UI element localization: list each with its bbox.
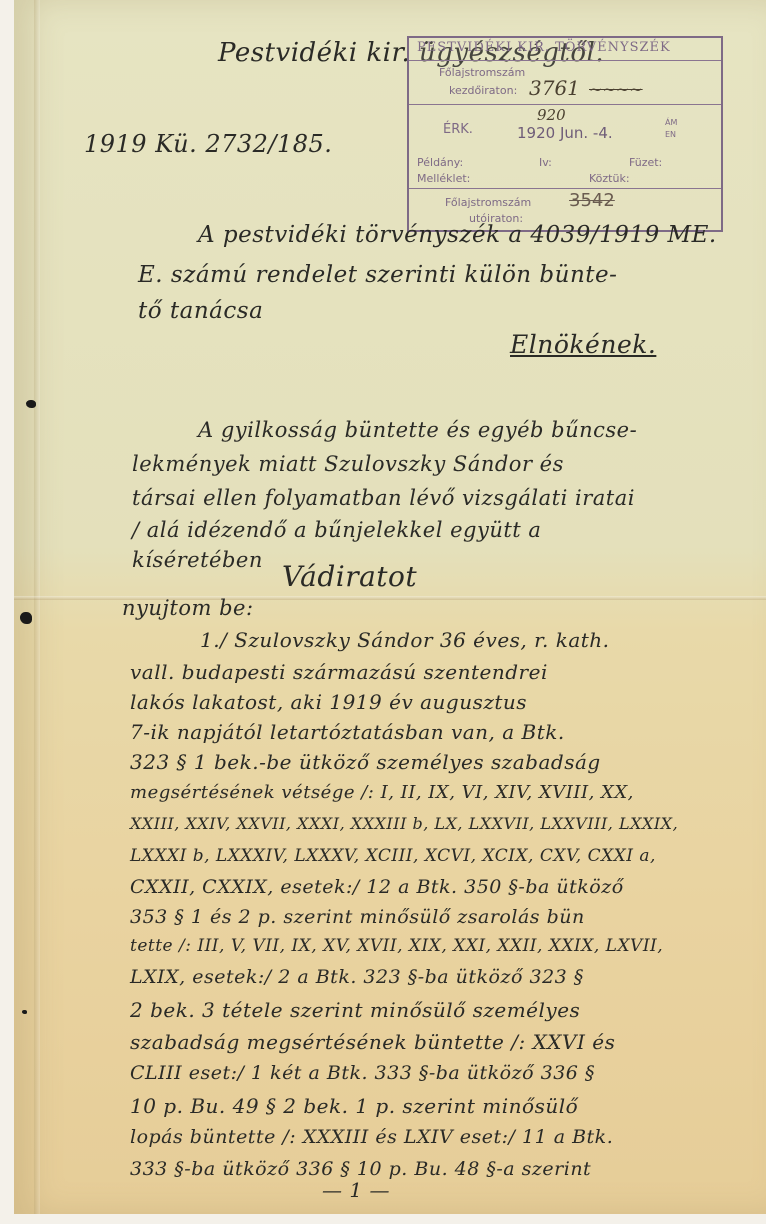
- stamp-row1-struck: ~~~~: [589, 80, 643, 99]
- stamp-sheet-label: Iv:: [539, 156, 552, 169]
- charges-line: 333 §-ba ütköző 336 § 10 p. Bu. 48 §-a s…: [130, 1158, 591, 1180]
- salutation: Elnökének.: [510, 330, 656, 359]
- charges-line: CLIII eset:/ 1 két a Btk. 333 §-ba ütköz…: [130, 1062, 595, 1084]
- stamp-court-name: PESTVIDÉKI KIR. TÖRVÉNYSZÉK: [417, 40, 671, 55]
- stamp-side-a: ÁM: [665, 118, 677, 127]
- stamp-row3-struck: 3542: [569, 190, 615, 211]
- charges-line: 353 § 1 és 2 p. szerint minősülő zsarolá…: [130, 906, 585, 928]
- stamp-copies-label: Példány:: [417, 156, 463, 169]
- intro-line-3: tő tanácsa: [138, 298, 263, 324]
- paragraph-line-3: társai ellen folyamatban lévő vizsgálati…: [132, 486, 635, 510]
- charges-line: 323 § 1 bek.-be ütköző személyes szabads…: [130, 750, 601, 774]
- case-number: 1919 Kü. 2732/185.: [84, 130, 332, 158]
- court-registry-stamp: PESTVIDÉKI KIR. TÖRVÉNYSZÉK Főlajstromsz…: [407, 36, 723, 232]
- charges-line: lakós lakatost, aki 1919 év augusztus: [130, 690, 527, 714]
- stamp-volume-label: Füzet:: [629, 156, 662, 169]
- stamp-received-note: 920: [537, 106, 566, 124]
- heading-suffix: nyujtom be:: [122, 596, 254, 620]
- stamp-received-label: ÉRK.: [443, 122, 473, 137]
- stamp-row1-label-b: kezdőiraton:: [449, 84, 517, 97]
- charges-line: 1./ Szulovszky Sándor 36 éves, r. kath.: [200, 628, 610, 652]
- charges-line: LXIX, esetek:/ 2 a Btk. 323 §-ba ütköző …: [130, 966, 584, 988]
- heading: Vádiratot: [282, 560, 417, 593]
- charges-line: lopás büntette /: XXXIII és LXIV eset:/ …: [130, 1126, 613, 1148]
- paper-fold-vertical: [34, 0, 40, 1214]
- punch-hole-icon: [20, 612, 32, 624]
- charges-line: megsértésének vétsége /: I, II, IX, VI, …: [130, 782, 634, 803]
- charges-line: 2 bek. 3 tétele szerint minősülő személy…: [130, 998, 580, 1022]
- charges-line: szabadság megsértésének büntette /: XXVI…: [130, 1030, 615, 1054]
- paragraph-line-5: kíséretében: [132, 548, 263, 572]
- stamp-row1-label-a: Főlajstromszám: [439, 66, 525, 79]
- charges-line: LXXXI b, LXXXIV, LXXXV, XCIII, XCVI, XCI…: [130, 846, 656, 866]
- intro-line-1: A pestvidéki törvényszék a 4039/1919 ME.: [198, 222, 717, 248]
- stamp-row3-label-a: Főlajstromszám: [445, 196, 531, 209]
- punch-hole-icon: [22, 1010, 27, 1014]
- punch-hole-icon: [26, 400, 36, 408]
- charges-line: CXXII, CXXIX, esetek:/ 12 a Btk. 350 §-b…: [130, 876, 624, 898]
- stamp-attachment-label: Melléklet:: [417, 172, 470, 185]
- stamp-of-which-label: Köztük:: [589, 172, 630, 185]
- page-number: — 1 —: [322, 1178, 390, 1202]
- charges-line: vall. budapesti származású szentendrei: [130, 660, 548, 684]
- stamp-received-date: 1920 Jun. -4.: [517, 124, 613, 142]
- stamp-side-b: EN: [665, 130, 676, 139]
- paragraph-line-1: A gyilkosság büntette és egyéb bűncse-: [198, 418, 637, 442]
- charges-line: 7-ik napjától letartóztatásban van, a Bt…: [130, 720, 565, 744]
- charges-line: 10 p. Bu. 49 § 2 bek. 1 p. szerint minős…: [130, 1094, 578, 1118]
- paragraph-line-2: lekmények miatt Szulovszky Sándor és: [132, 452, 564, 476]
- charges-line: XXIII, XXIV, XXVII, XXXI, XXXIII b, LX, …: [130, 814, 678, 833]
- paragraph-line-4: / alá idézendő a bűnjelekkel együtt a: [132, 518, 541, 542]
- intro-line-2: E. számú rendelet szerinti külön bünte-: [138, 262, 617, 288]
- charges-line: tette /: III, V, VII, IX, XV, XVII, XIX,…: [130, 936, 663, 956]
- stamp-row1-value: 3761: [529, 76, 580, 100]
